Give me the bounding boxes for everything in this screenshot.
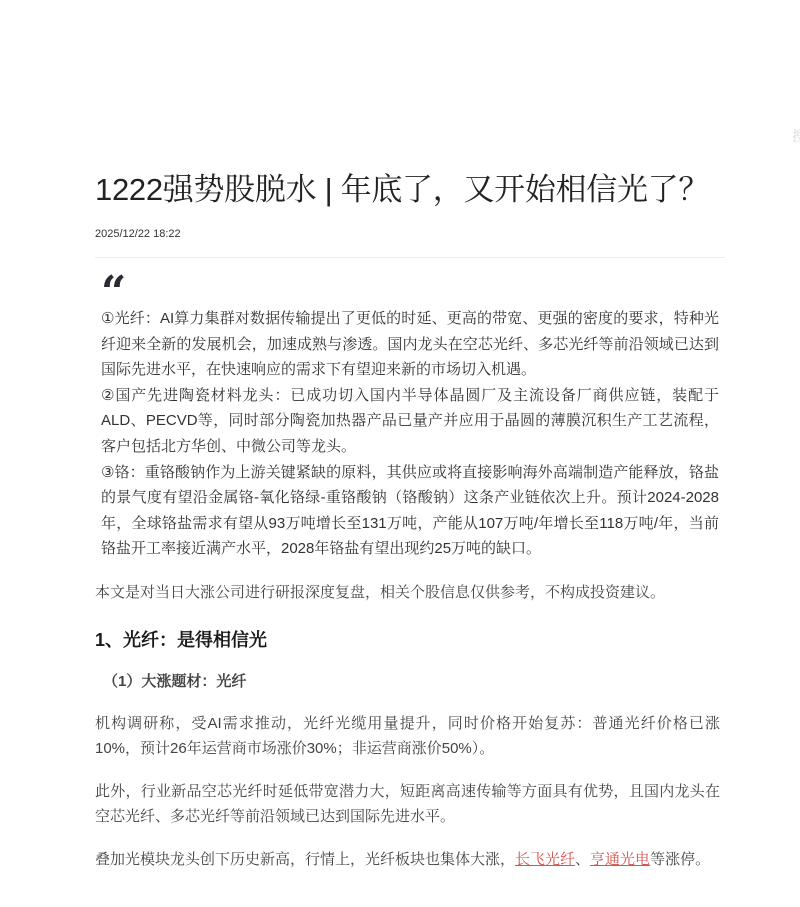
quote-paragraph-fiber: ①光纤：AI算力集群对数据传输提出了更低的时延、更高的带宽、更强的密度的要求，特… bbox=[101, 306, 719, 383]
section-heading: 1、光纤：是得相信光 bbox=[95, 626, 725, 654]
sidebar-edge-glyph: 搜 bbox=[792, 126, 800, 146]
paragraph-text-end: 等涨停。 bbox=[650, 851, 710, 868]
paragraph-text: 叠加光模块龙头创下历史新高，行情上，光纤板块也集体大涨， bbox=[95, 851, 515, 868]
section-subheading: （1）大涨题材：光纤 bbox=[103, 669, 725, 695]
stock-link-yofc[interactable]: 长飞光纤 bbox=[515, 851, 575, 868]
disclaimer: 本文是对当日大涨公司进行研报深度复盘，相关个股信息仅供参考，不构成投资建议。 bbox=[95, 580, 720, 606]
divider bbox=[95, 257, 725, 258]
paragraph-hollow-core-fiber: 此外，行业新品空芯光纤时延低带宽潜力大，短距离高速传输等方面具有优势，且国内龙头… bbox=[95, 779, 720, 830]
summary-quote-block: “ ①光纤：AI算力集群对数据传输提出了更低的时延、更高的带宽、更强的密度的要求… bbox=[95, 278, 725, 562]
quote-paragraph-chromium: ③铬：重铬酸钠作为上游关键紧缺的原料，其供应或将直接影响海外高端制造产能释放，铬… bbox=[101, 460, 719, 562]
separator: 、 bbox=[575, 851, 590, 868]
paragraph-market-move: 叠加光模块龙头创下历史新高，行情上，光纤板块也集体大涨，长飞光纤、亨通光电等涨停… bbox=[95, 847, 720, 873]
quote-paragraph-ceramics: ②国产先进陶瓷材料龙头：已成功切入国内半导体晶圆厂及主流设备厂商供应链，装配于A… bbox=[101, 383, 719, 460]
article: 1222强势股脱水 | 年底了，又开始相信光了？ 2025/12/22 18:2… bbox=[95, 168, 725, 873]
quote-open-icon: “ bbox=[101, 278, 725, 306]
stock-link-hengtong[interactable]: 亨通光电 bbox=[590, 851, 650, 868]
paragraph-price-recovery: 机构调研称，受AI需求推动，光纤光缆用量提升，同时价格开始复苏：普通光纤价格已涨… bbox=[95, 711, 720, 762]
article-title: 1222强势股脱水 | 年底了，又开始相信光了？ bbox=[95, 168, 725, 212]
publish-date: 2025/12/22 18:22 bbox=[95, 226, 725, 242]
